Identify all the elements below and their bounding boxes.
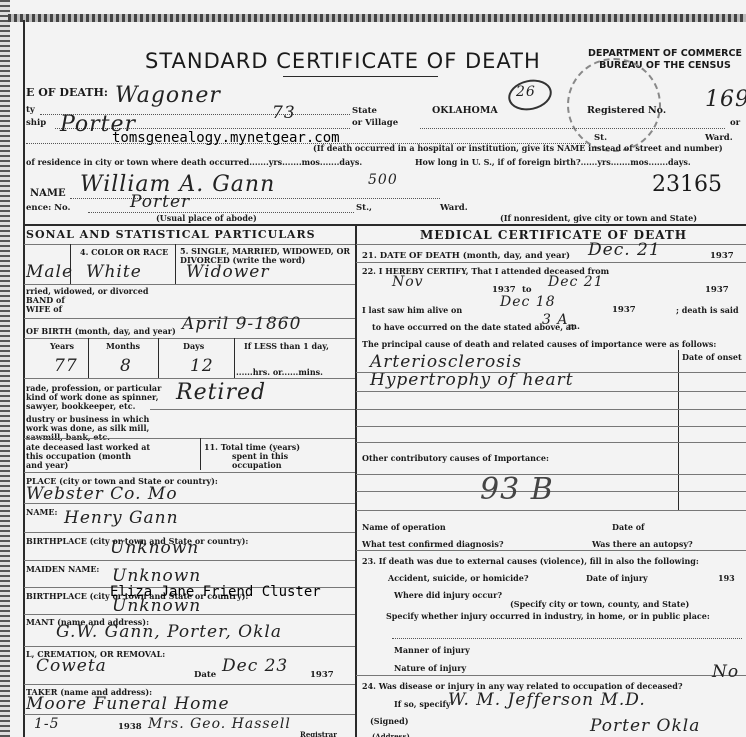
row-line (24, 472, 355, 473)
father-birthplace-value: Unknown (110, 538, 199, 558)
other-causes-label: Other contributory causes of Importance: (362, 453, 549, 463)
row-line (356, 391, 746, 392)
ward-label: Ward. (705, 133, 733, 143)
age-less-than-day: If LESS than 1 day, (244, 341, 329, 351)
injury-where-note: (Specify city or town, county, and State… (510, 599, 689, 609)
color-value: White (86, 262, 142, 282)
test-label: What test confirmed diagnosis? (362, 539, 504, 549)
residence-ward-label: Ward. (440, 203, 468, 213)
registrar-name: Mrs. Geo. Hassell (148, 716, 291, 732)
age-years: 77 (54, 356, 78, 376)
row-line (356, 244, 746, 245)
county-value: Wagoner (115, 83, 221, 108)
death-said-label: ; death is said (676, 305, 739, 315)
hrs-mins-label: ......hrs. or......mins. (236, 367, 323, 377)
certificate-title: STANDARD CERTIFICATE OF DEATH (145, 49, 541, 73)
decorative-border (8, 14, 746, 22)
birth-date-label: OF BIRTH (month, day, and year) (26, 326, 176, 336)
occupation-label: rade, profession, or particular kind of … (26, 384, 161, 411)
row-line (24, 438, 355, 439)
registrar-label: Registrar (300, 730, 337, 737)
name-line (70, 198, 440, 199)
county-label: ty (26, 105, 35, 115)
burial-date-label: Date (194, 670, 216, 680)
row-line (24, 560, 355, 561)
col-line (234, 338, 235, 378)
residence-value: Porter (130, 192, 190, 212)
or-label: or (730, 118, 740, 128)
row-line (356, 409, 746, 410)
injury-date-label: Date of injury (586, 573, 648, 583)
nature-label: Nature of injury (394, 663, 466, 673)
last-worked-line: and year) (26, 461, 150, 470)
row-line (24, 244, 355, 245)
mother-maiden-value: Unknown (112, 566, 201, 586)
age-days-header: Days (183, 341, 204, 351)
burial-place: Coweta (36, 656, 107, 676)
state-label: State (352, 106, 377, 116)
row-line (24, 614, 355, 615)
last-worked-label: ate deceased last worked at this occupat… (26, 443, 150, 470)
circled-number-value: 26 (516, 84, 536, 100)
total-time-line: occupation (204, 461, 300, 470)
cluster-watermark: Eliza Jane Friend Cluster (110, 584, 321, 600)
external-causes-label: 23. If death was due to external causes … (362, 556, 699, 566)
undertaker-value: Moore Funeral Home (26, 694, 230, 714)
center-divider (355, 224, 357, 737)
filed-year: 1938 (118, 722, 142, 732)
time-suffix: m. (568, 322, 580, 332)
row-line (356, 442, 746, 443)
occupation-label-line: sawyer, bookkeeper, etc. (26, 402, 161, 411)
name-label: NAME (30, 188, 66, 199)
informant-value: G.W. Gann, Porter, Okla (56, 622, 282, 642)
manner-label: Manner of injury (394, 645, 470, 655)
col-line (175, 244, 176, 284)
attended-from: Nov (392, 274, 424, 290)
registered-no-label: Registered No. (587, 105, 666, 116)
district-no: 73 (272, 103, 296, 123)
last-saw-label: I last saw him alive on (362, 305, 462, 315)
hospital-note: (If death occurred in a hospital or inst… (313, 143, 723, 153)
row-line (356, 550, 746, 551)
onset-column-line (678, 350, 679, 510)
site-watermark: tomsgenealogy.mynetgear.com (112, 130, 340, 146)
row-line (356, 675, 746, 676)
mother-maiden-label: MAIDEN NAME: (26, 564, 99, 574)
birth-date-value: April 9-1860 (182, 314, 301, 334)
date-of-death-value: Dec. 21 (588, 240, 661, 260)
state-value: OKLAHOMA (432, 105, 498, 116)
place-of-death-heading: E OF DEATH: (26, 86, 108, 99)
age-days: 12 (190, 356, 214, 376)
autopsy-label: Was there an autopsy? (592, 539, 693, 549)
row-line (356, 510, 746, 511)
occupation-related-value: No (712, 662, 739, 682)
residence-st-label: St., (356, 203, 372, 213)
physician-address: Porter Okla (590, 716, 700, 736)
death-year: 1937 (710, 251, 734, 261)
cause-label: The principal cause of death and related… (362, 339, 716, 349)
title-underline (283, 76, 438, 77)
row-line (24, 714, 355, 715)
birthplace-value: Webster Co. Mo (26, 484, 178, 504)
village-line (420, 128, 725, 129)
certificate-number: 23165 (652, 172, 722, 197)
residence-label: ence: No. (26, 203, 71, 213)
village-label: or Village (352, 118, 398, 128)
injury-place-line (392, 638, 742, 639)
operation-date-label: Date of (612, 522, 644, 532)
cause-2: Hypertrophy of heart (370, 370, 574, 390)
cause-1: Arteriosclerosis (370, 352, 522, 372)
attended-to: Dec 21 (548, 274, 604, 290)
color-label: 4. COLOR OR RACE (80, 247, 168, 257)
binding-edge (0, 0, 10, 737)
nonresident-note: (If nonresident, give city or town and S… (500, 213, 697, 223)
burial-date: Dec 23 (222, 656, 288, 676)
col-line (88, 338, 89, 378)
residence-number: 500 (368, 172, 398, 188)
sex-value: Male (26, 262, 73, 282)
occupation-value: Retired (176, 380, 266, 405)
residence-duration: of residence in city or town where death… (26, 157, 362, 167)
onset-label: Date of onset (682, 352, 742, 362)
section-divider (24, 224, 746, 226)
row-line (24, 684, 355, 685)
last-saw-year: 1937 (612, 305, 636, 315)
operation-label: Name of operation (362, 522, 446, 532)
row-line (24, 503, 355, 504)
row-line (24, 284, 355, 285)
address-label: (Address) (372, 732, 410, 737)
personal-heading: SONAL AND STATISTICAL PARTICULARS (26, 228, 316, 241)
usual-abode-note: (Usual place of abode) (156, 213, 257, 223)
time-of-death: 3 A (542, 312, 568, 328)
injury-where-label: Where did injury occur? (394, 590, 502, 600)
row-line (24, 532, 355, 533)
filed-date: 1-5 (34, 716, 60, 732)
col-line (200, 438, 201, 470)
registered-no-value: 169 (705, 87, 746, 112)
st-label: St. (594, 133, 607, 143)
foreign-birth-duration: How long in U. S., if of foreign birth?.… (415, 157, 691, 167)
attended-to-year: 1937 (705, 285, 729, 295)
marital-value: Widower (186, 262, 269, 282)
father-name-value: Henry Gann (64, 508, 179, 528)
row-line (24, 646, 355, 647)
if-so-label: If so, specify (394, 699, 451, 709)
signed-label: (Signed) (370, 716, 408, 726)
age-years-header: Years (50, 341, 74, 351)
age-months: 8 (120, 356, 132, 376)
burial-year: 1937 (310, 670, 334, 680)
injury-year: 193 (718, 573, 735, 583)
row-line (150, 409, 355, 410)
row-line (24, 338, 355, 339)
physician-signature: W. M. Jefferson M.D. (448, 690, 646, 710)
total-time-label: 11. Total time (years) spent in this occ… (204, 443, 300, 470)
col-line (158, 338, 159, 378)
spouse-label-3: WIFE of (26, 304, 62, 314)
death-certificate: STANDARD CERTIFICATE OF DEATH DEPARTMENT… (0, 0, 746, 737)
age-months-header: Months (106, 341, 140, 351)
father-name-label: NAME: (26, 507, 57, 517)
last-saw-date: Dec 18 (500, 294, 556, 310)
accident-label: Accident, suicide, or homicide? (388, 573, 529, 583)
date-of-death-label: 21. DATE OF DEATH (month, day, and year) (362, 251, 570, 261)
injury-place-label: Specify whether injury occurred in indus… (386, 611, 710, 621)
row-line (356, 372, 746, 373)
row-line (356, 262, 746, 263)
row-line (24, 378, 355, 379)
code-number: 93 B (480, 472, 554, 507)
row-line (356, 426, 746, 427)
township-label: ship (26, 118, 46, 128)
